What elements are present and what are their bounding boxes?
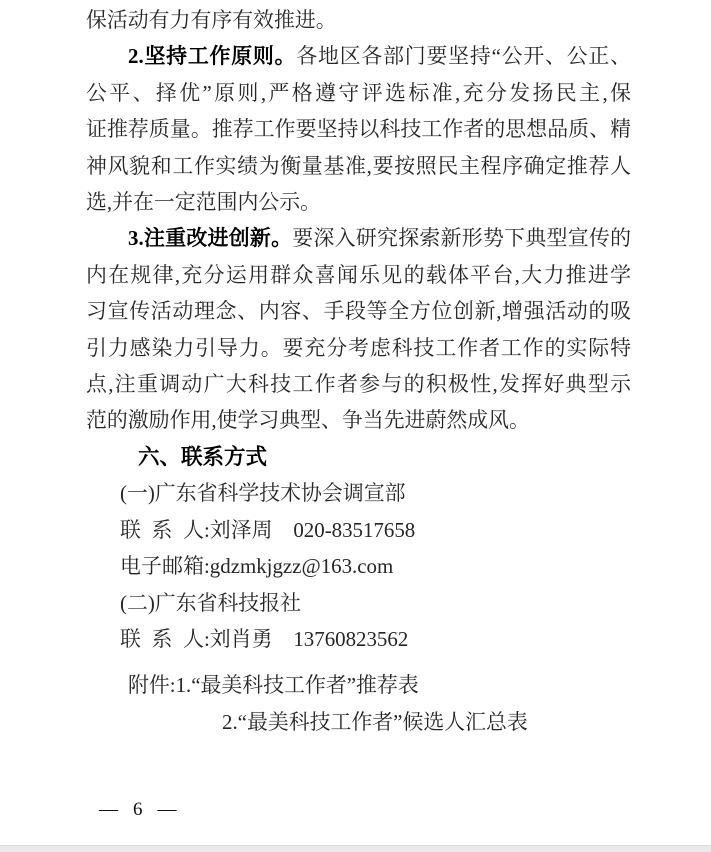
contact-person: 联系人:刘肖勇 13760823562	[86, 621, 631, 657]
document-body: 保活动有力有序有效推进。 2.坚持工作原则。各地区各部门要坚持“公开、公正、 公…	[86, 2, 631, 740]
contact-email-value: :gdzmkjgzz@163.com	[204, 554, 393, 578]
document-page: { "content": { "lines": [ { "bold": "", …	[0, 0, 711, 852]
contact-person-value: :刘泽周 020-83517658	[204, 518, 415, 542]
body-line: 保活动有力有序有效推进。	[86, 2, 631, 38]
body-line: 点,注重调动广大科技工作者参与的积极性,发挥好典型示	[86, 366, 631, 402]
contact-email-label: 电子邮箱	[120, 548, 204, 584]
contact-person-label: 联系人	[120, 621, 204, 657]
footer-page-number: 6	[133, 799, 143, 821]
body-line: 公平、择优”原则,严格遵守评选标准,充分发扬民主,保	[86, 75, 631, 111]
paragraph-lead: 3.注重改进创新。	[128, 226, 292, 250]
body-line: 神风貌和工作实绩为衡量基准,要按照民主程序确定推荐人	[86, 148, 631, 184]
contact-org: (一)广东省科学技术协会调宣部	[86, 475, 631, 511]
body-line: 2.坚持工作原则。各地区各部门要坚持“公开、公正、	[86, 38, 631, 74]
contact-org: (二)广东省科技报社	[86, 585, 631, 621]
contact-person-value: :刘肖勇 13760823562	[204, 627, 408, 651]
body-line: 内在规律,充分运用群众喜闻乐见的载体平台,大力推进学	[86, 257, 631, 293]
footer-dash-left: —	[99, 799, 118, 821]
contact-person: 联系人:刘泽周 020-83517658	[86, 512, 631, 548]
contact-person-label: 联系人	[120, 512, 204, 548]
body-line: 3.注重改进创新。要深入研究探索新形势下典型宣传的	[86, 220, 631, 256]
page-footer: — 6 —	[99, 799, 177, 821]
vertical-gap	[86, 657, 631, 667]
contact-email: 电子邮箱:gdzmkjgzz@163.com	[86, 548, 631, 584]
attachments-line-1: 附件:1.“最美科技工作者”推荐表	[86, 667, 631, 703]
page-bottom-edge	[0, 845, 711, 852]
body-line: 引力感染力引导力。要充分考虑科技工作者工作的实际特	[86, 330, 631, 366]
body-line: 证推荐质量。推荐工作要坚持以科技工作者的思想品质、精	[86, 111, 631, 147]
paragraph-lead: 2.坚持工作原则。	[128, 44, 296, 68]
body-line: 习宣传活动理念、内容、手段等全方位创新,增强活动的吸	[86, 293, 631, 329]
footer-dash-right: —	[158, 799, 177, 821]
body-line: 选,并在一定范围内公示。	[86, 184, 631, 220]
body-line: 范的激励作用,使学习典型、争当先进蔚然成风。	[86, 402, 631, 438]
attachments-line-2: 2.“最美科技工作者”候选人汇总表	[86, 704, 631, 740]
section-heading: 六、联系方式	[86, 439, 631, 475]
